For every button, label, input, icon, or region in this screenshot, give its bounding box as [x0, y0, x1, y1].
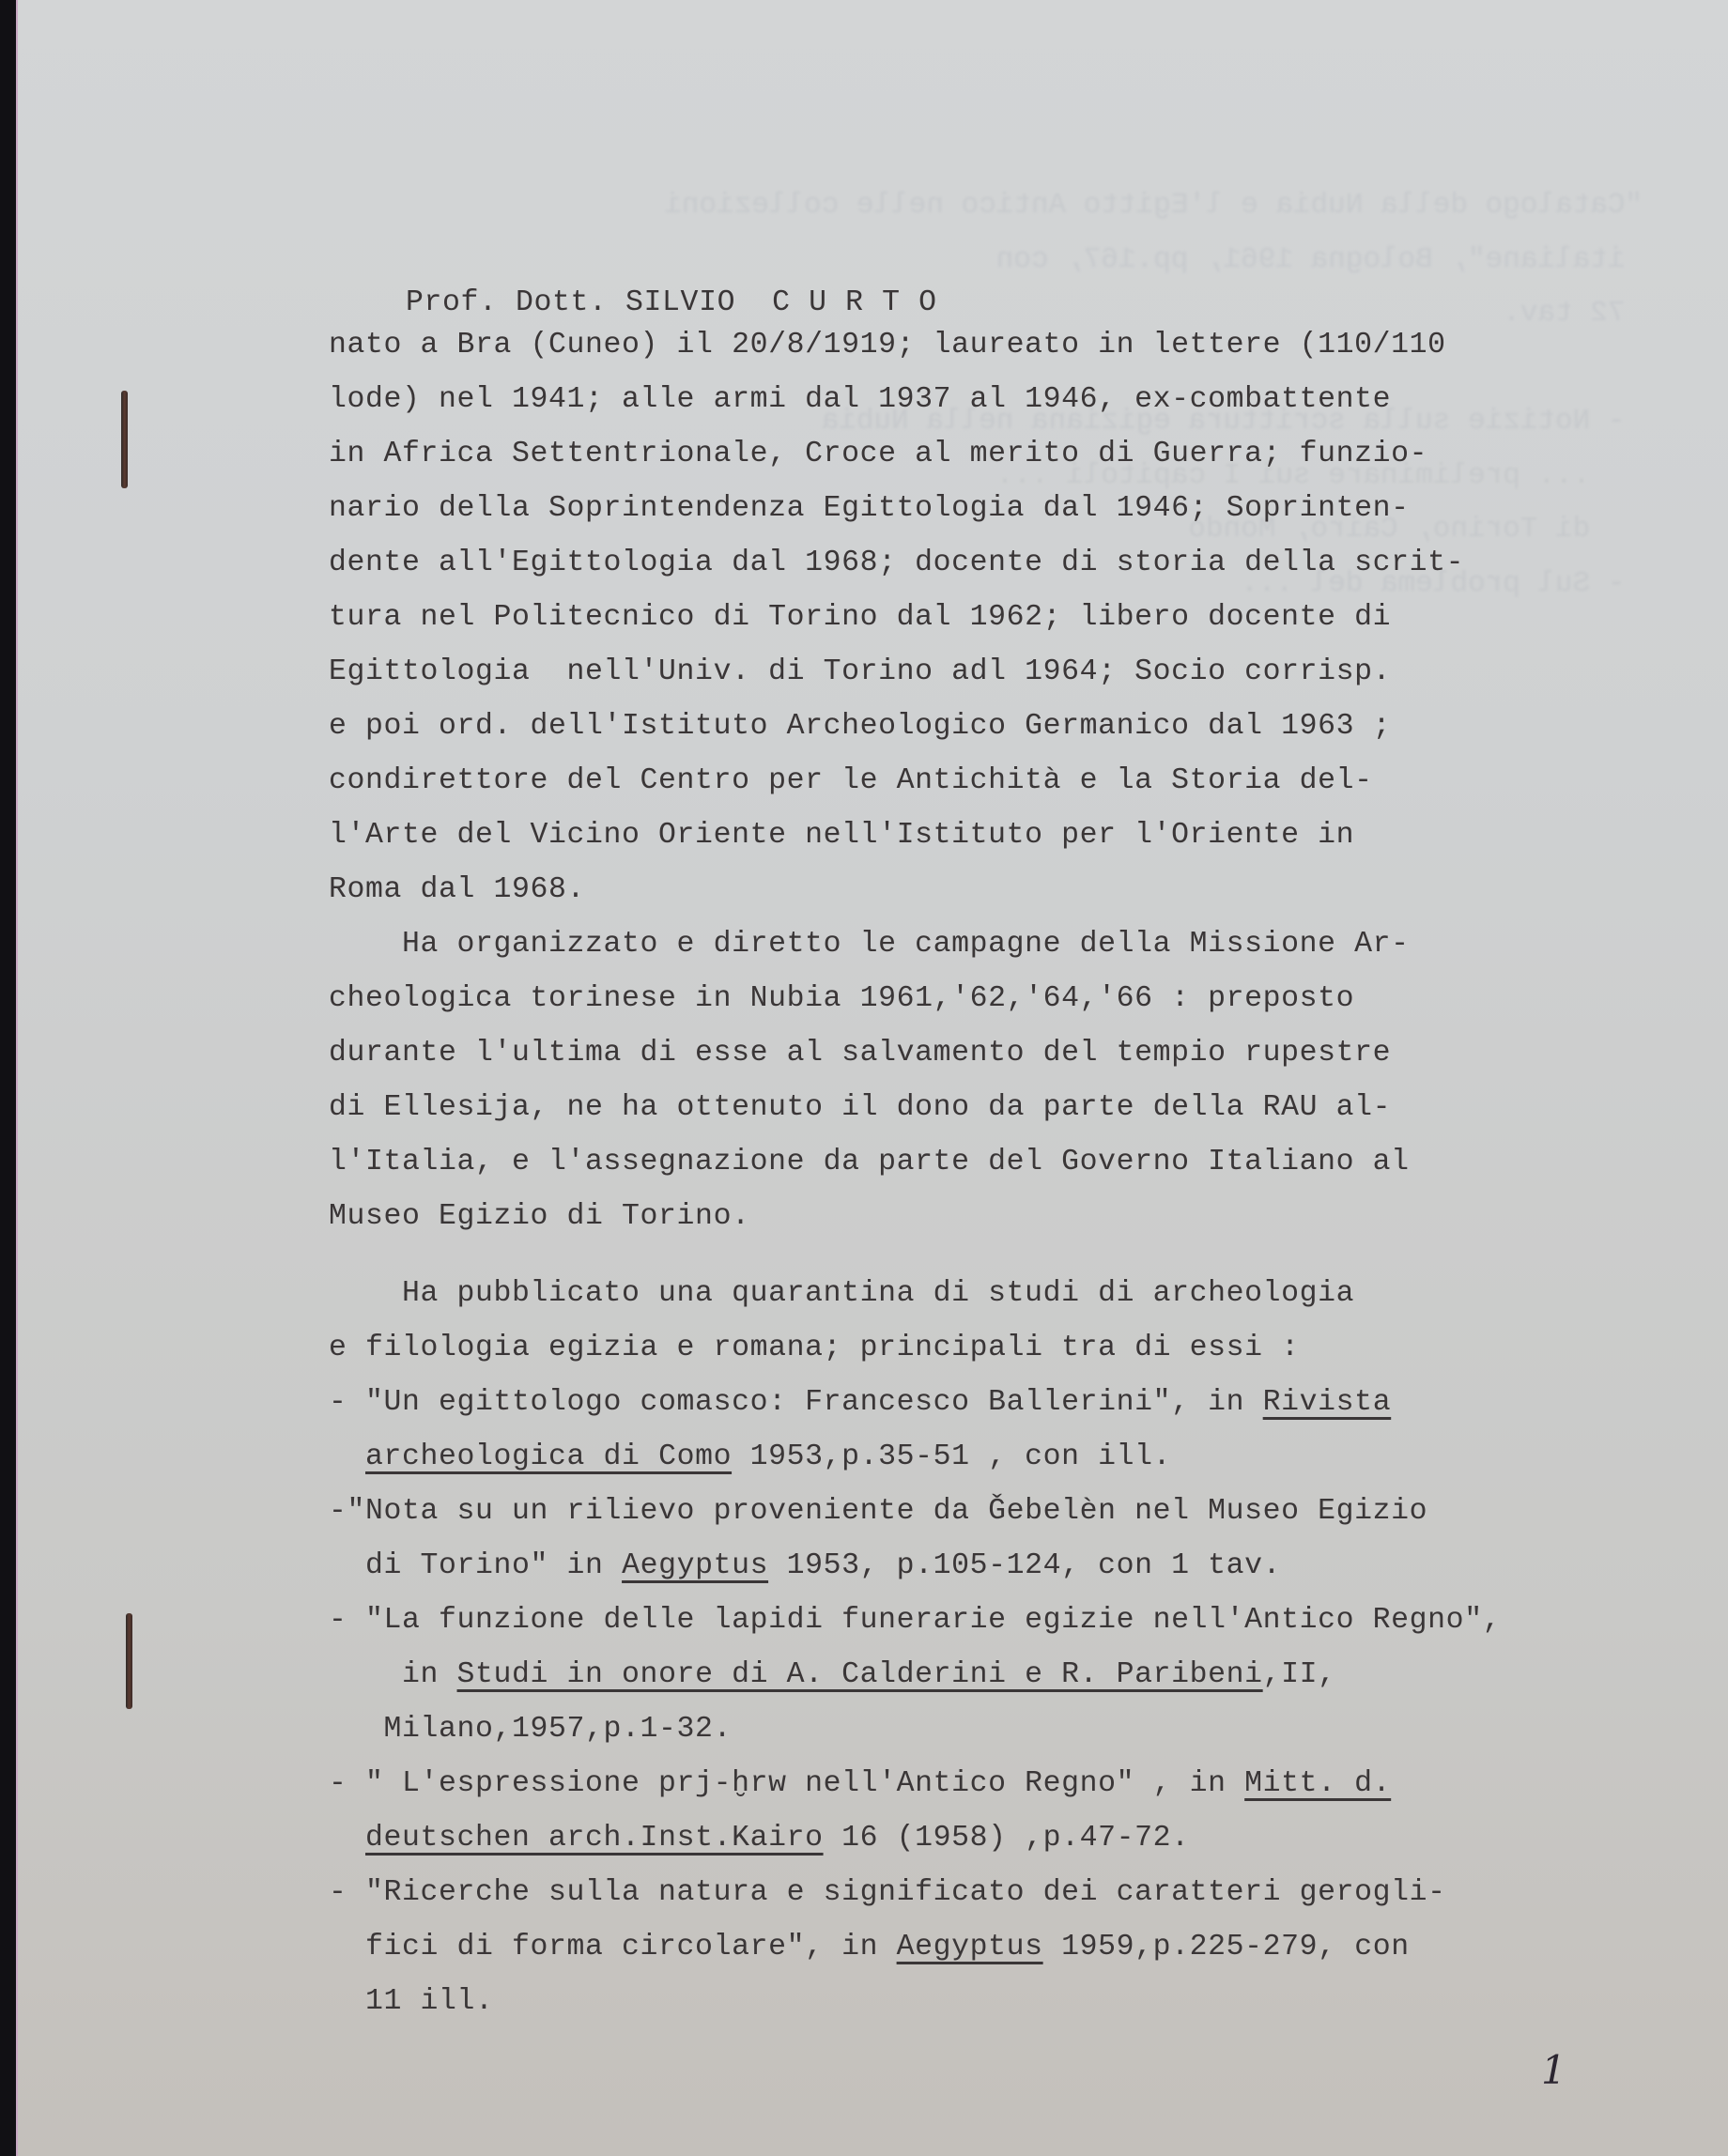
publication-line: 11 ill.	[329, 1985, 494, 2018]
publication-line: -"Nota su un rilievo proveniente da Ǧebe…	[329, 1495, 1427, 1528]
document-page: "Catalogo della Nubia e l'Egitto Antico …	[16, 0, 1728, 2156]
publication-text: Milano,1957,p.1-32.	[329, 1713, 732, 1746]
text-line: di Ellesija, ne ha ottenuto il dono da p…	[329, 1091, 1391, 1124]
publication-line: deutschen arch.Inst.Kairo 16 (1958) ,p.4…	[329, 1822, 1190, 1855]
publication-source-underlined: Aegyptus	[897, 1931, 1043, 1963]
publication-text: 1959,p.225-279, con	[1043, 1931, 1410, 1963]
text-line: tura nel Politecnico di Torino dal 1962;…	[329, 601, 1391, 634]
publication-line: fici di forma circolare", in Aegyptus 19…	[329, 1931, 1410, 1963]
publication-text: - "Un egittologo comasco: Francesco Ball…	[329, 1386, 1263, 1419]
publication-line: - "Un egittologo comasco: Francesco Ball…	[329, 1386, 1391, 1419]
publication-text: 16 (1958) ,p.47-72.	[824, 1822, 1190, 1855]
page-number: 1	[1541, 2047, 1566, 2093]
text-line: Ha organizzato e diretto le campagne del…	[329, 928, 1410, 961]
text-line: in Africa Settentrionale, Croce al merit…	[329, 438, 1427, 470]
publication-source-underlined: archeologica di Como	[365, 1440, 732, 1473]
text-line: Roma dal 1968.	[329, 873, 585, 906]
staple-top	[121, 391, 128, 488]
publication-text: - "La funzione delle lapidi funerarie eg…	[329, 1604, 1501, 1637]
publication-source-underlined: Rivista	[1263, 1386, 1392, 1419]
text-line: e poi ord. dell'Istituto Archeologico Ge…	[329, 710, 1391, 743]
publication-text: 1953,p.35-51 , con ill.	[732, 1440, 1171, 1473]
publication-source-underlined: deutschen arch.Inst.Kairo	[365, 1822, 824, 1855]
publication-source-underlined: Studi in onore di A. Calderini e R. Pari…	[457, 1658, 1263, 1691]
text-line: Museo Egizio di Torino.	[329, 1200, 750, 1233]
publication-text: di Torino" in	[329, 1549, 622, 1582]
publication-source-underlined: Mitt. d.	[1244, 1767, 1391, 1800]
text-line: lode) nel 1941; alle armi dal 1937 al 19…	[329, 383, 1391, 416]
publication-text: ,II,	[1263, 1658, 1336, 1691]
publication-text: in	[329, 1658, 457, 1691]
text-line: cheologica torinese in Nubia 1961,'62,'6…	[329, 982, 1354, 1015]
text-line: Egittologia nell'Univ. di Torino adl 196…	[329, 655, 1391, 688]
text-line: condirettore del Centro per le Antichità…	[329, 764, 1373, 797]
publication-text: -"Nota su un rilievo proveniente da Ǧebe…	[329, 1495, 1427, 1528]
publication-source-underlined: Aegyptus	[622, 1549, 768, 1582]
publication-line: - "La funzione delle lapidi funerarie eg…	[329, 1604, 1501, 1637]
publication-text: 1953, p.105-124, con 1 tav.	[768, 1549, 1281, 1582]
text-line: l'Arte del Vicino Oriente nell'Istituto …	[329, 819, 1354, 852]
publication-text: - "Ricerche sulla natura e significato d…	[329, 1876, 1446, 1909]
publication-line: - "Ricerche sulla natura e significato d…	[329, 1876, 1446, 1909]
publication-line: archeologica di Como 1953,p.35-51 , con …	[329, 1440, 1171, 1473]
publication-line: di Torino" in Aegyptus 1953, p.105-124, …	[329, 1549, 1281, 1582]
publication-text: 11 ill.	[329, 1985, 494, 2018]
text-line: nario della Soprintendenza Egittologia d…	[329, 492, 1410, 525]
text-line: Ha pubblicato una quarantina di studi di…	[329, 1277, 1354, 1310]
text-line: nato a Bra (Cuneo) il 20/8/1919; laureat…	[329, 329, 1446, 362]
publication-text	[329, 1440, 365, 1473]
text-line: durante l'ultima di esse al salvamento d…	[329, 1037, 1391, 1070]
publication-line: - " L'espressione prj-ḫrw nell'Antico Re…	[329, 1767, 1391, 1800]
staple-bottom	[126, 1613, 132, 1709]
publication-text	[329, 1822, 365, 1855]
publication-text: fici di forma circolare", in	[329, 1931, 897, 1963]
text-line: e filologia egizia e romana; principali …	[329, 1332, 1300, 1364]
title-text: Prof. Dott. SILVIO C U R T O	[406, 286, 937, 319]
text-line: dente all'Egittologia dal 1968; docente …	[329, 547, 1464, 579]
publication-line: in Studi in onore di A. Calderini e R. P…	[329, 1658, 1336, 1691]
text-line: l'Italia, e l'assegnazione da parte del …	[329, 1146, 1410, 1178]
publication-text: - " L'espressione prj-ḫrw nell'Antico Re…	[329, 1767, 1244, 1800]
publication-line: Milano,1957,p.1-32.	[329, 1713, 732, 1746]
